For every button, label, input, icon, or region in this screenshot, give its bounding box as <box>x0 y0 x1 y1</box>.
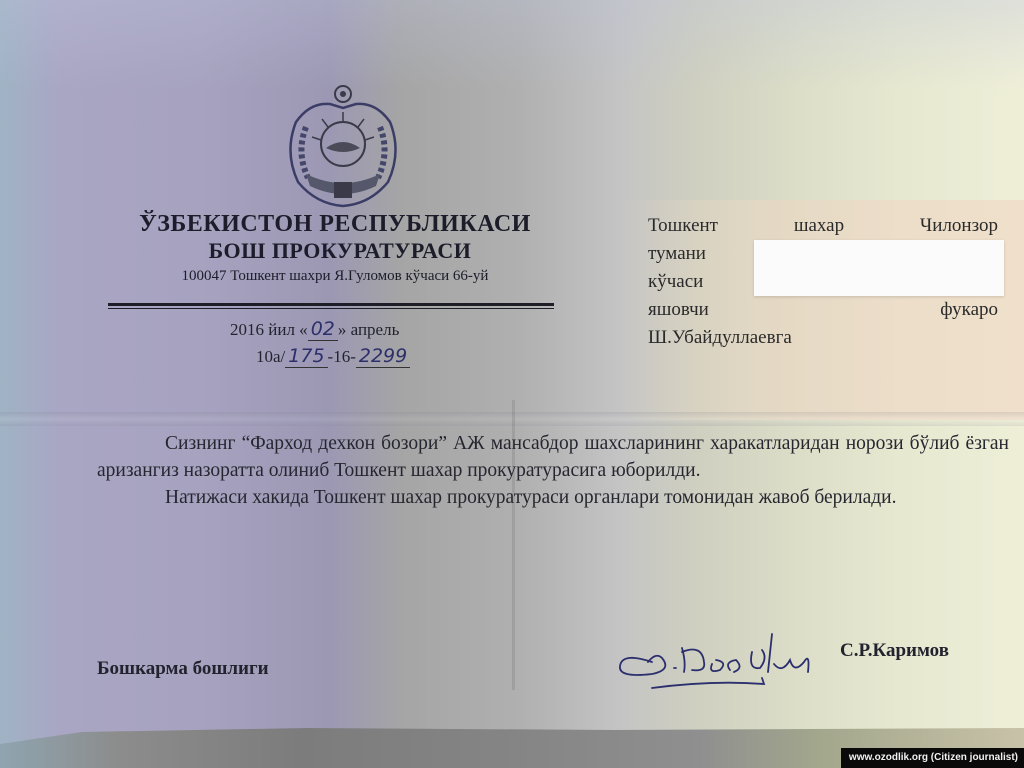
reference-number: 10а/175-16-2299 <box>256 345 410 367</box>
addressee-resident-label: яшовчи <box>648 296 709 324</box>
addressee-city-word: шахар <box>794 212 844 240</box>
date-day-handwritten: 02 <box>308 318 338 341</box>
signatory-title: Бошкарма бошлиги <box>97 658 269 680</box>
org-address: 100047 Тошкент шахри Я.Гуломов кўчаси 66… <box>100 266 570 286</box>
addressee-name: Ш.Убайдуллаевга <box>648 324 998 352</box>
org-name-line2: БОШ ПРОКУРАТУРАСИ <box>110 238 570 264</box>
signer-name: С.Р.Каримов <box>840 640 949 662</box>
ref-part2-handwritten: 2299 <box>356 345 410 368</box>
source-watermark: www.ozodlik.org (Citizen journalist) <box>841 748 1024 768</box>
body-paragraph-1: Сизнинг “Фарход дехкон бозори” АЖ мансаб… <box>97 430 1009 484</box>
org-name-line1: ЎЗБЕКИСТОН РЕСПУБЛИКАСИ <box>100 210 570 238</box>
ref-prefix: 10а/ <box>256 347 285 366</box>
header-rule-thick <box>108 303 554 306</box>
letter-date: 2016 йил «02» апрель <box>230 318 399 340</box>
handwritten-signature-icon <box>612 622 842 692</box>
ref-part1-handwritten: 175 <box>285 345 327 368</box>
date-year: 2016 йил « <box>230 320 308 339</box>
ref-middle: -16- <box>328 347 356 366</box>
body-paragraph-2: Натижаси хакида Тошкент шахар прокуратур… <box>97 484 1009 511</box>
coat-of-arms-icon <box>276 82 410 210</box>
date-month: » апрель <box>338 320 399 339</box>
organization-header: ЎЗБЕКИСТОН РЕСПУБЛИКАСИ БОШ ПРОКУРАТУРАС… <box>100 210 570 286</box>
letter-body: Сизнинг “Фарход дехкон бозори” АЖ мансаб… <box>97 430 1009 511</box>
redaction-box <box>754 240 1004 296</box>
addressee-district: Чилонзор <box>920 212 998 240</box>
addressee-citizen-label: фукаро <box>940 296 998 324</box>
header-rule-thin <box>108 308 554 309</box>
addressee-city: Тошкент <box>648 212 718 240</box>
paper-shading <box>0 0 1024 90</box>
